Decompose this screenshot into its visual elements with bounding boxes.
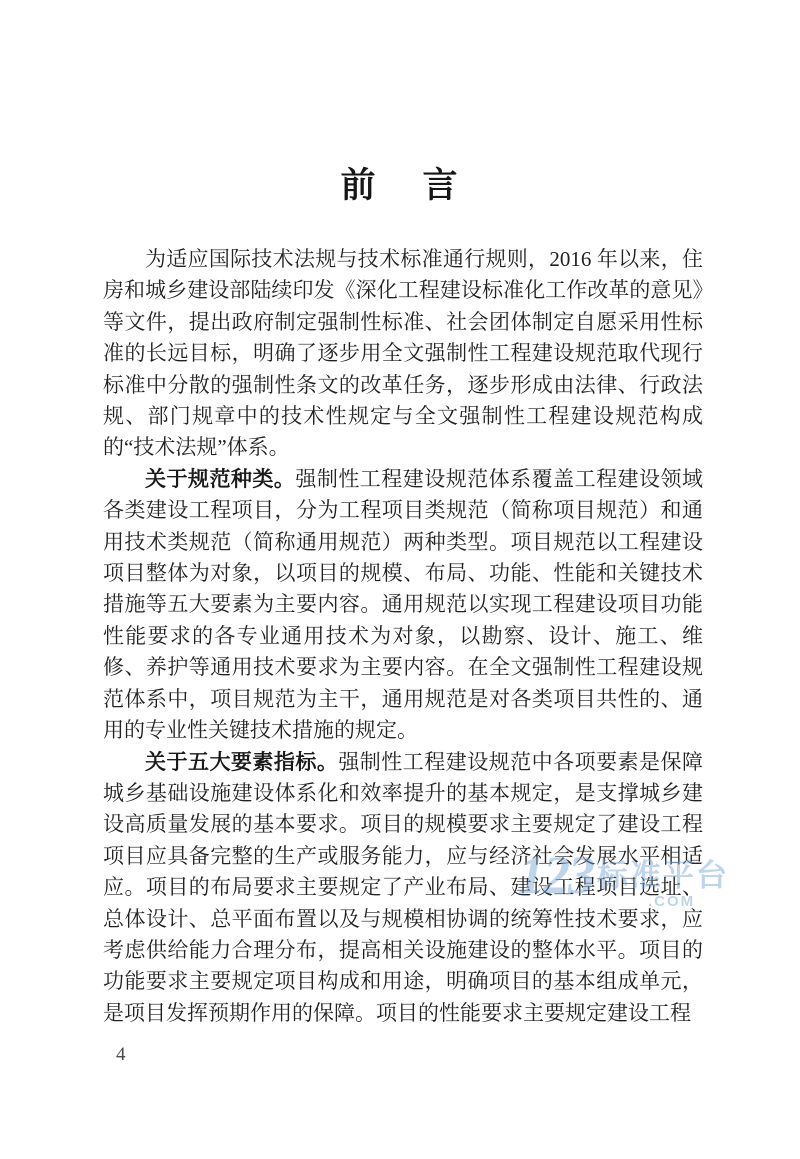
preface-body: 为适应国际技术法规与技术标准通行规则，2016 年以来，住房和城乡建设部陆续印发… <box>103 244 703 1029</box>
paragraph-lead: 关于规范种类。 <box>145 467 295 491</box>
document-page: 前 言 为适应国际技术法规与技术标准通行规则，2016 年以来，住房和城乡建设部… <box>0 0 800 1159</box>
page-title: 前 言 <box>103 158 701 208</box>
paragraph-text: 强制性工程建设规范体系覆盖工程建设领域各类建设工程项目，分为工程项目类规范（简称… <box>103 467 703 742</box>
paragraph-text: 为适应国际技术法规与技术标准通行规则，2016 年以来，住房和城乡建设部陆续印发… <box>103 247 703 459</box>
paragraph-lead: 关于五大要素指标。 <box>145 750 338 774</box>
paragraph-five-elements: 关于五大要素指标。强制性工程建设规范中各项要素是保障城乡基础设施建设体系化和效率… <box>103 747 703 1030</box>
page-number: 4 <box>116 1044 126 1066</box>
paragraph-norm-types: 关于规范种类。强制性工程建设规范体系覆盖工程建设领域各类建设工程项目，分为工程项… <box>103 464 703 747</box>
paragraph-text: 强制性工程建设规范中各项要素是保障城乡基础设施建设体系化和效率提升的基本规定，是… <box>103 750 703 1025</box>
paragraph-intro: 为适应国际技术法规与技术标准通行规则，2016 年以来，住房和城乡建设部陆续印发… <box>103 244 703 464</box>
